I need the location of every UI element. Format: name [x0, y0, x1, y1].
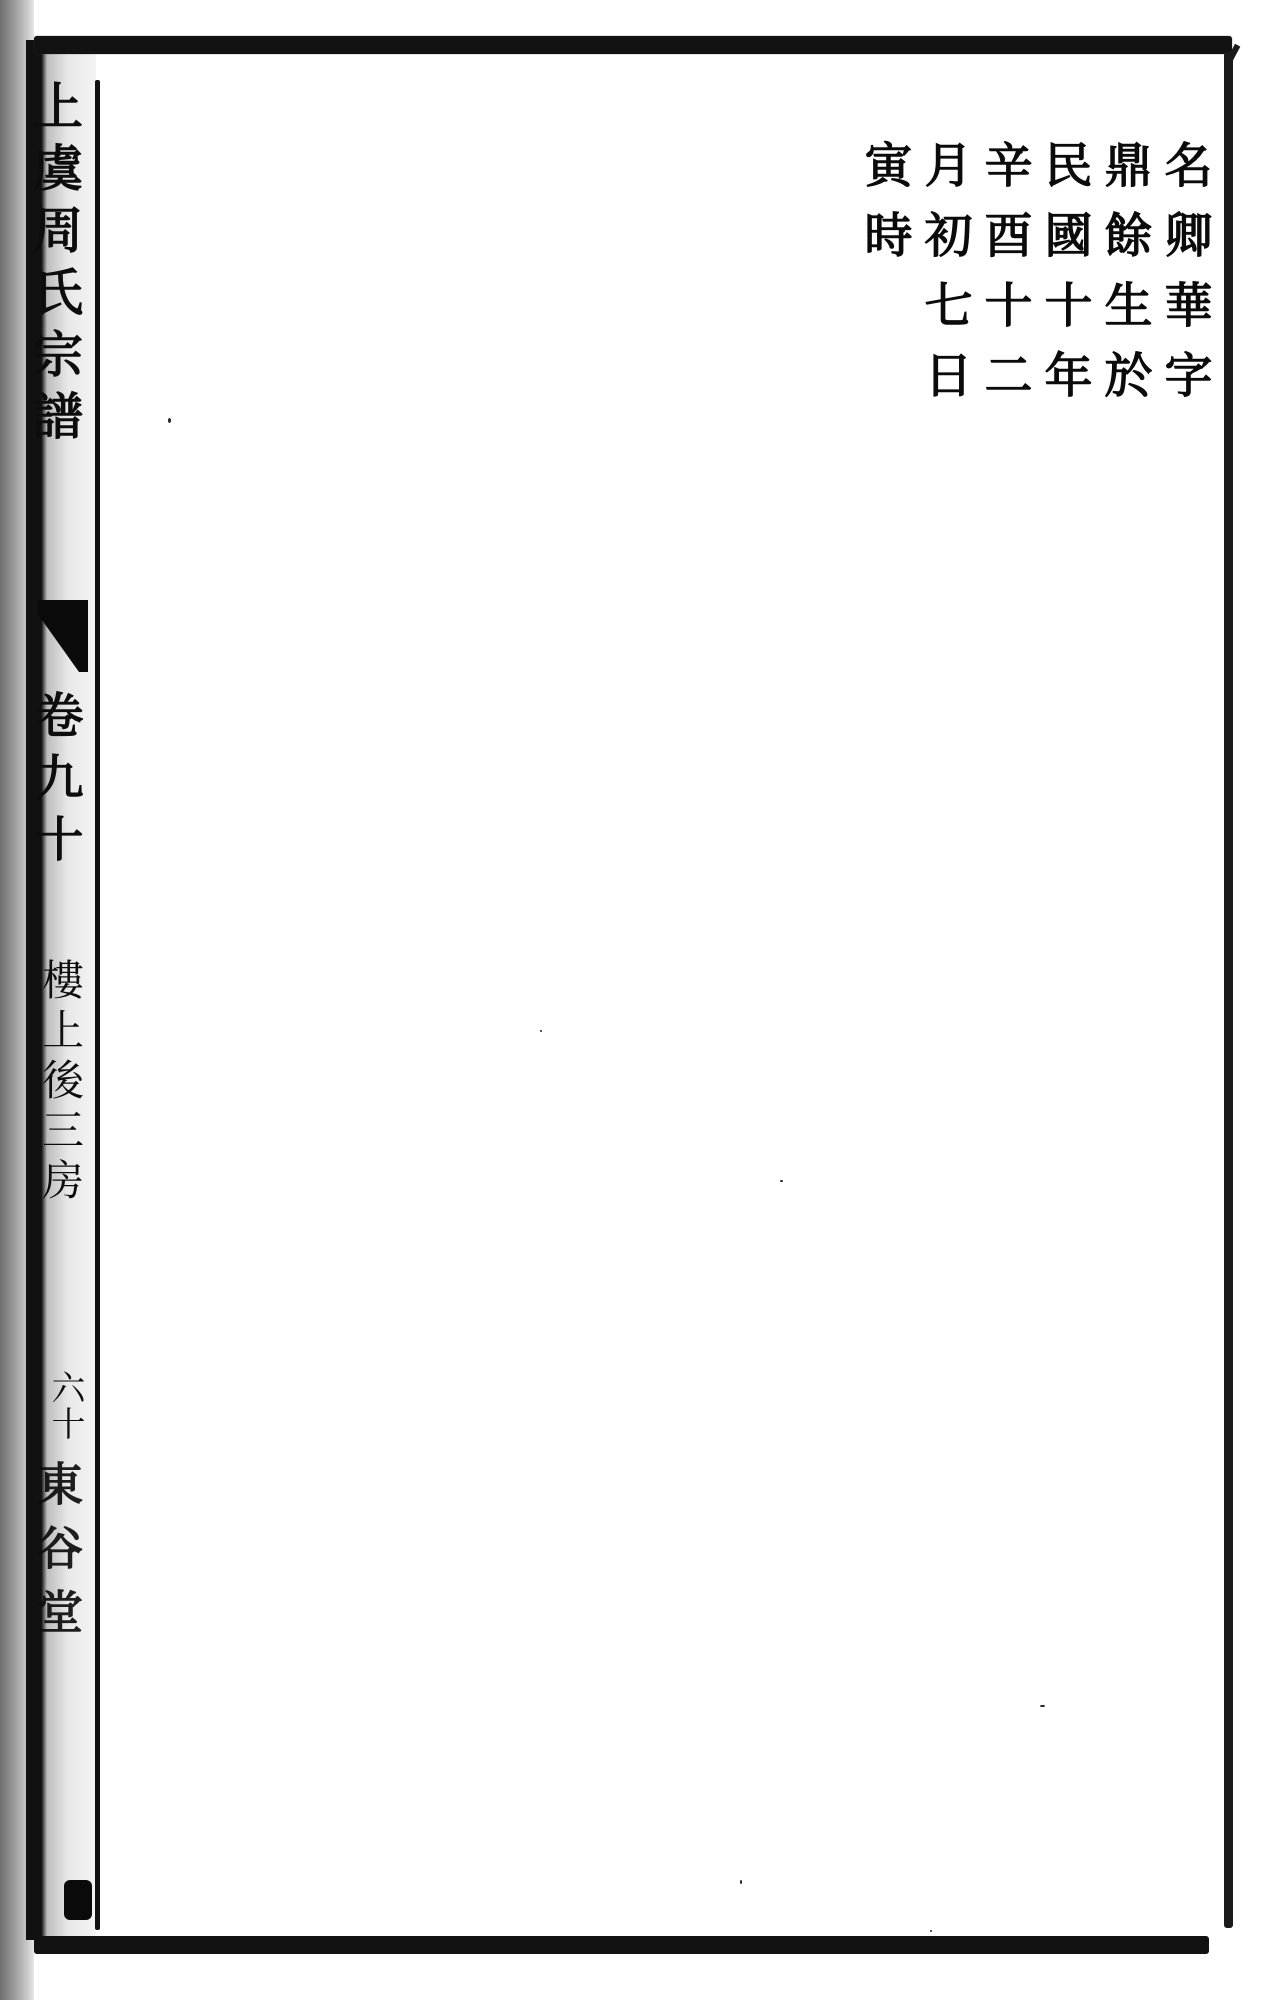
spine-end-block [64, 1880, 92, 1920]
frame-top-border [34, 36, 1232, 54]
spine-rule [95, 80, 100, 1930]
spine-hall-name: 東谷堂 [36, 1460, 90, 1652]
entry-column-3: 民國十年 [1032, 140, 1088, 420]
entry-column-4: 辛酉十二 [972, 140, 1028, 420]
spine-branch: 樓上後三房 [36, 958, 90, 1208]
frame-bottom-border [34, 1936, 1209, 1954]
frame-right-border [1224, 52, 1233, 1928]
spine-title: 上虞周氏宗譜 [36, 80, 90, 452]
genealogy-entry: 名卿華字 鼎餘生於 民國十年 辛酉十二 月初七日 寅時 [848, 140, 1208, 420]
scan-speck [930, 1930, 932, 1932]
spine-page-number: 六十 [36, 1370, 90, 1442]
spine-volume: 卷九十 [36, 690, 90, 876]
scan-speck [168, 418, 171, 423]
entry-column-5: 月初七日 [912, 140, 968, 420]
entry-column-2: 鼎餘生於 [1092, 140, 1148, 420]
entry-column-6: 寅時 [852, 140, 908, 420]
entry-column-1: 名卿華字 [1152, 140, 1208, 420]
scan-speck [740, 1880, 742, 1884]
scan-speck [540, 1030, 542, 1032]
scan-speck [1040, 1705, 1045, 1707]
scan-speck [780, 1180, 783, 1182]
